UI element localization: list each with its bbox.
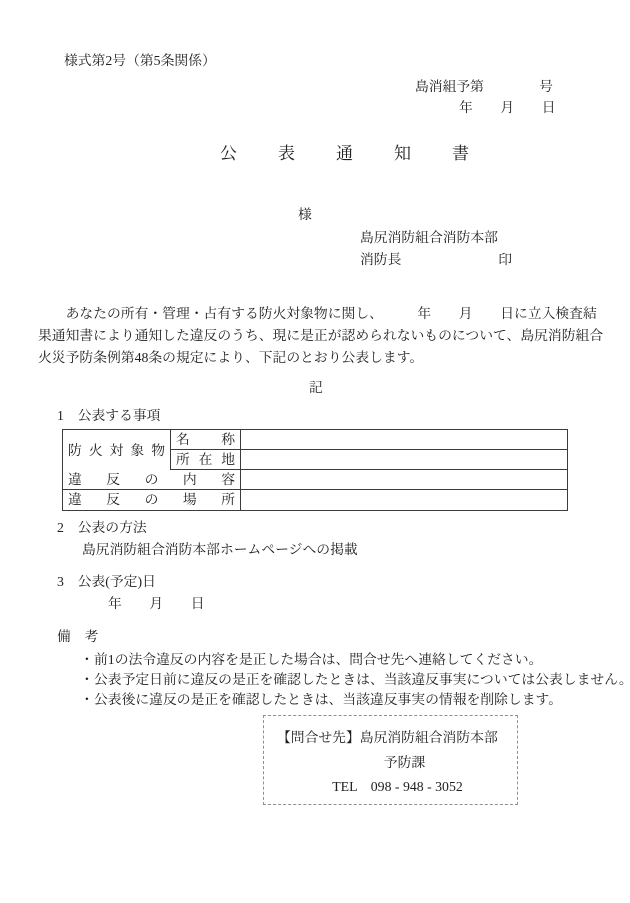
table-label-violation-place: 違反の場所 [63,490,241,510]
body-line: 果通知書により通知した違反のうち、現に是正が認められないものについて、島尻消防組… [38,325,603,347]
remark-text: 公表後に違反の是正を確認したときは、当該違反事実の情報を削除します。 [94,690,562,710]
table-group-label-fire-object: 防火対象物 [63,430,171,470]
record-marker: 記 [309,381,323,395]
remark-item: ・ 公表後に違反の是正を確認したときは、当該違反事実の情報を削除します。 [80,690,630,710]
violation-table: 防火対象物 名称 所在地 違反の内容 違反の場所 [62,429,568,511]
remark-item: ・ 前1の法令違反の内容を是正した場合は、問合せ先へ連絡してください。 [80,650,630,670]
publication-method: 島尻消防組合消防本部ホームページへの掲載 [82,543,358,557]
notification-form-page: 様式第2号（第5条関係） 島消組予第 号 年 月 日 公 表 通 知 書 様 島… [0,0,630,903]
publication-date-line: 年 月 日 [108,597,205,611]
contact-division: 予防課 [277,751,504,771]
remark-text: 公表予定日前に違反の是正を確認したときは、当該違反事実については公表しません。 [94,670,630,690]
bullet-marker: ・ [80,670,94,690]
table-value-violation-content [241,470,567,490]
table-label-address: 所在地 [171,450,241,470]
table-value-address [241,450,567,470]
section2-heading: 2 公表の方法 [57,521,147,535]
body-paragraph: あなたの所有・管理・占有する防火対象物に関し、 年 月 日に立入検査結 果通知書… [38,303,603,369]
seal-placeholder: 印 [498,253,512,267]
form-code: 様式第2号（第5条関係） [64,54,216,68]
section3-heading: 3 公表(予定)日 [57,575,156,589]
remark-item: ・ 公表予定日前に違反の是正を確認したときは、当該違反事実については公表しません… [80,670,630,690]
table-value-name [241,430,567,450]
remarks-heading: 備 考 [57,630,98,644]
body-line: あなたの所有・管理・占有する防火対象物に関し、 年 月 日に立入検査結 [38,303,603,325]
addressee-honorific: 様 [298,208,312,222]
sender-organization: 島尻消防組合消防本部 [360,231,498,245]
section1-heading: 1 公表する事項 [57,409,160,423]
issue-date-line: 年 月 日 [459,101,556,115]
remarks-list: ・ 前1の法令違反の内容を是正した場合は、問合せ先へ連絡してください。 ・ 公表… [80,650,630,711]
bullet-marker: ・ [80,690,94,710]
sender-signature-line: 消防長 印 [360,253,512,267]
sender-title: 消防長 [360,253,401,267]
remark-text: 前1の法令違反の内容を是正した場合は、問合せ先へ連絡してください。 [94,650,542,670]
contact-box: 【問合せ先】島尻消防組合消防本部 予防課 TEL 098 - 948 - 305… [263,715,518,805]
table-label-name: 名称 [171,430,241,450]
table-label-violation-content: 違反の内容 [63,470,241,490]
body-line: 火災予防条例第48条の規定により、下記のとおり公表します。 [38,347,603,369]
contact-phone: TEL 098 - 948 - 3052 [277,775,504,795]
contact-org-line: 【問合せ先】島尻消防組合消防本部 [277,726,504,746]
document-number-line: 島消組予第 号 [415,80,553,94]
bullet-marker: ・ [80,650,94,670]
document-title: 公 表 通 知 書 [220,145,481,162]
table-value-violation-place [241,490,567,510]
